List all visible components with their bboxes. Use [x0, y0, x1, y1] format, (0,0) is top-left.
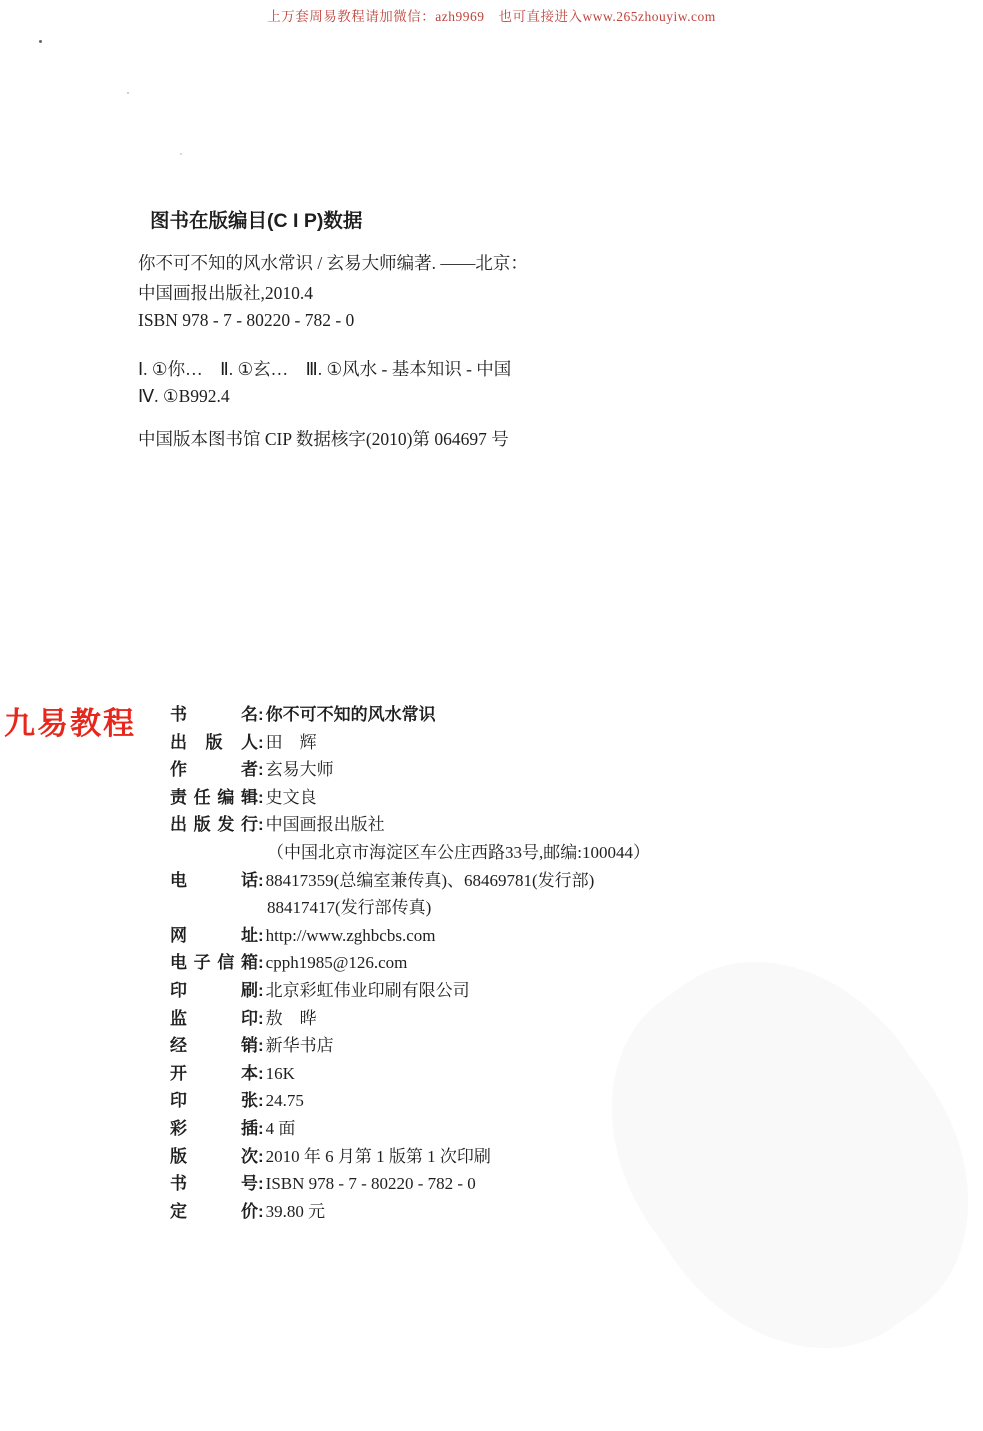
row-label: 监印 [170, 1005, 258, 1033]
row-label: 网址 [170, 922, 258, 950]
cip-isbn-line: ISBN 978 - 7 - 80220 - 782 - 0 [138, 310, 354, 331]
cip-class-line-1: Ⅰ. ①你… Ⅱ. ①玄… Ⅲ. ①风水 - 基本知识 - 中国 [138, 356, 511, 381]
row-colon: : [258, 760, 264, 779]
colophon-row: 作者:玄易大师 [170, 756, 650, 784]
colophon-block: 书名:你不可不知的风水常识出版人:田 辉作者:玄易大师责任编辑:史文良出版发行:… [170, 701, 650, 1225]
row-colon: : [258, 981, 264, 1000]
row-label: 彩插 [170, 1115, 258, 1143]
row-label: 责任编辑 [170, 784, 258, 812]
colophon-row: 印刷:北京彩虹伟业印刷有限公司 [170, 977, 650, 1005]
row-colon: : [258, 1009, 264, 1028]
row-colon: : [258, 788, 264, 807]
row-label: 开本 [170, 1060, 258, 1088]
row-value: 北京彩虹伟业印刷有限公司 [266, 981, 470, 1000]
colophon-row: 开本:16K [170, 1060, 650, 1088]
colophon-row: 出版人:田 辉 [170, 729, 650, 757]
row-value: 88417359(总编室兼传真)、68469781(发行部) [266, 871, 595, 890]
colophon-row: 电话:88417359(总编室兼传真)、68469781(发行部) [170, 867, 650, 895]
row-colon: : [258, 953, 264, 972]
row-value: ISBN 978 - 7 - 80220 - 782 - 0 [266, 1174, 476, 1193]
row-label: 书号 [170, 1170, 258, 1198]
row-label: 版次 [170, 1143, 258, 1171]
row-colon: : [258, 1174, 264, 1193]
colophon-row: （中国北京市海淀区车公庄西路33号,邮编:100044） [170, 839, 650, 867]
scan-speck [39, 40, 42, 43]
colophon-row: 定价:39.80 元 [170, 1198, 650, 1226]
row-colon: : [258, 1036, 264, 1055]
row-colon: : [258, 1119, 264, 1138]
row-colon: : [258, 1091, 264, 1110]
colophon-row: 印张:24.75 [170, 1087, 650, 1115]
cip-register-line: 中国版本图书馆 CIP 数据核字(2010)第 064697 号 [138, 426, 509, 451]
row-value: 2010 年 6 月第 1 版第 1 次印刷 [266, 1147, 491, 1166]
cip-publisher-line: 中国画报出版社,2010.4 [138, 280, 313, 305]
row-value: 24.75 [266, 1091, 304, 1110]
cip-class-line-2: Ⅳ. ①B992.4 [138, 386, 230, 407]
cip-header: 图书在版编目(C I P)数据 [150, 205, 362, 233]
row-colon: : [258, 1202, 264, 1221]
colophon-row: 出版发行:中国画报出版社 [170, 811, 650, 839]
row-value: 你不可不知的风水常识 [266, 705, 436, 724]
row-value: 新华书店 [266, 1036, 334, 1055]
row-colon: : [258, 926, 264, 945]
row-value: cpph1985@126.com [266, 953, 408, 972]
colophon-row: 监印:敖 晔 [170, 1005, 650, 1033]
row-label: 电子信箱 [170, 949, 258, 977]
scan-speck [127, 92, 129, 94]
row-value: http://www.zghbcbs.com [266, 926, 436, 945]
row-value: （中国北京市海淀区车公庄西路33号,邮编:100044） [267, 843, 650, 862]
row-value: 39.80 元 [266, 1202, 326, 1221]
row-value: 16K [266, 1064, 295, 1083]
row-value: 玄易大师 [266, 760, 334, 779]
colophon-row: 书号:ISBN 978 - 7 - 80220 - 782 - 0 [170, 1170, 650, 1198]
colophon-row: 责任编辑:史文良 [170, 784, 650, 812]
row-value: 史文良 [266, 788, 317, 807]
row-colon: : [258, 733, 264, 752]
row-value: 4 面 [266, 1119, 296, 1138]
row-colon: : [258, 705, 264, 724]
row-colon: : [258, 1147, 264, 1166]
row-colon: : [258, 871, 264, 890]
row-label: 印刷 [170, 977, 258, 1005]
row-label: 书名 [170, 701, 258, 729]
colophon-row: 经销:新华书店 [170, 1032, 650, 1060]
row-value: 88417417(发行部传真) [267, 898, 431, 917]
row-label: 经销 [170, 1032, 258, 1060]
cip-title-line: 你不可不知的风水常识 / 玄易大师编著. ——北京： [138, 250, 528, 275]
row-value: 田 辉 [266, 733, 317, 752]
row-label: 定价 [170, 1198, 258, 1226]
row-label: 印张 [170, 1087, 258, 1115]
colophon-row: 版次:2010 年 6 月第 1 版第 1 次印刷 [170, 1143, 650, 1171]
scan-speck [180, 153, 182, 155]
colophon-row: 电子信箱:cpph1985@126.com [170, 949, 650, 977]
row-value: 敖 晔 [266, 1009, 317, 1028]
colophon-row: 网址:http://www.zghbcbs.com [170, 922, 650, 950]
watermark-text: 上万套周易教程请加微信：azh9969 也可直接进入www.265zhouyiw… [0, 5, 983, 25]
row-colon: : [258, 1064, 264, 1083]
row-label: 电话 [170, 867, 258, 895]
colophon-row: 彩插:4 面 [170, 1115, 650, 1143]
scanned-copyright-page: { "watermark": { "text": "上万套周易教程请加微信：az… [0, 0, 983, 1431]
row-label: 作者 [170, 756, 258, 784]
colophon-row: 书名:你不可不知的风水常识 [170, 701, 650, 729]
row-label: 出版人 [170, 729, 258, 757]
brand-logo: 九易教程 [4, 698, 136, 743]
row-value: 中国画报出版社 [266, 815, 385, 834]
colophon-row: 88417417(发行部传真) [170, 894, 650, 922]
row-label: 出版发行 [170, 811, 258, 839]
row-colon: : [258, 815, 264, 834]
